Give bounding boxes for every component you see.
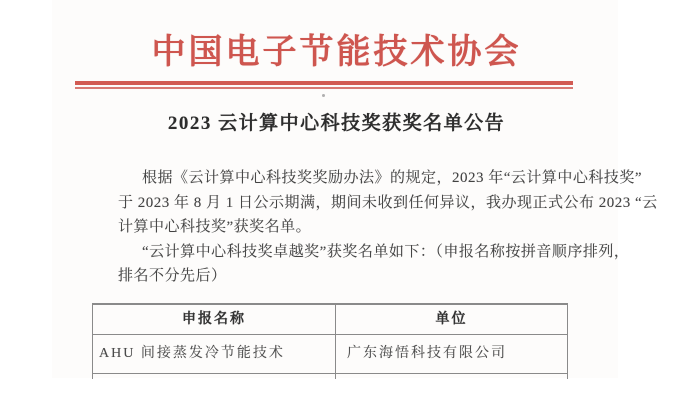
document-title: 2023 云计算中心科技奖获奖名单公告 bbox=[55, 108, 618, 135]
scan-artifact-dot bbox=[322, 94, 325, 97]
document-body: 根据《云计算中心科技奖奖励办法》的规定，2023 年“云计算中心科技奖” 于 2… bbox=[118, 166, 588, 289]
table-row-partial bbox=[93, 374, 567, 379]
cell-company-name: 广东海悟科技有限公司 bbox=[336, 335, 567, 373]
header-rule-divider bbox=[75, 81, 573, 89]
body-line: 于 2023 年 8 月 1 日公示期满，期间未收到任何异议，我办现正式公布 2… bbox=[118, 191, 588, 216]
table-header-row: 申报名称 单位 bbox=[93, 305, 567, 335]
org-name-heading: 中国电子节能技术协会 bbox=[55, 24, 618, 73]
awards-table: 申报名称 单位 AHU 间接蒸发冷节能技术 广东海悟科技有限公司 bbox=[92, 303, 568, 379]
partial-cell bbox=[336, 374, 567, 379]
header-cell-unit: 单位 bbox=[336, 305, 567, 334]
body-line: 排名不分先后） bbox=[118, 264, 588, 289]
body-line: 根据《云计算中心科技奖奖励办法》的规定，2023 年“云计算中心科技奖” bbox=[118, 166, 588, 191]
body-line: 计算中心科技奖”获奖名单。 bbox=[118, 215, 588, 240]
header-cell-project-name: 申报名称 bbox=[93, 305, 336, 334]
partial-cell bbox=[93, 374, 336, 379]
table-row: AHU 间接蒸发冷节能技术 广东海悟科技有限公司 bbox=[93, 335, 567, 374]
body-line: “云计算中心科技奖卓越奖”获奖名单如下：（申报名称按拼音顺序排列， bbox=[118, 240, 588, 265]
cell-project-name: AHU 间接蒸发冷节能技术 bbox=[93, 335, 336, 373]
